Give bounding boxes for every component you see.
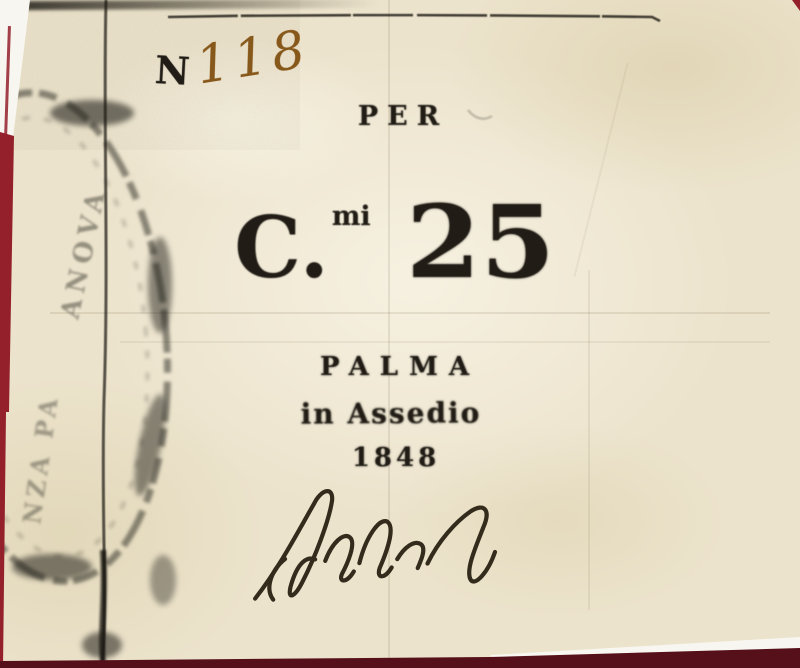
place-name: PALMA [0, 352, 800, 382]
per-label: PER [3, 101, 800, 132]
ink-blob-bottom-left [82, 632, 122, 658]
currency-abbreviation: C. [234, 206, 329, 290]
denomination: C. mi 25 [0, 192, 792, 292]
handwritten-signature [237, 459, 524, 613]
siege-banknote-scan: ANOVA NZA PA N 118 PER C. mi 25 PALMA in… [0, 0, 800, 668]
denomination-value: 25 [406, 192, 555, 292]
serial-label: N [154, 47, 191, 94]
ink-blob-signature-left [150, 555, 176, 605]
currency-superscript: mi [332, 201, 371, 232]
top-border-rule [168, 15, 660, 21]
siege-status-line: in Assedio [0, 394, 791, 433]
